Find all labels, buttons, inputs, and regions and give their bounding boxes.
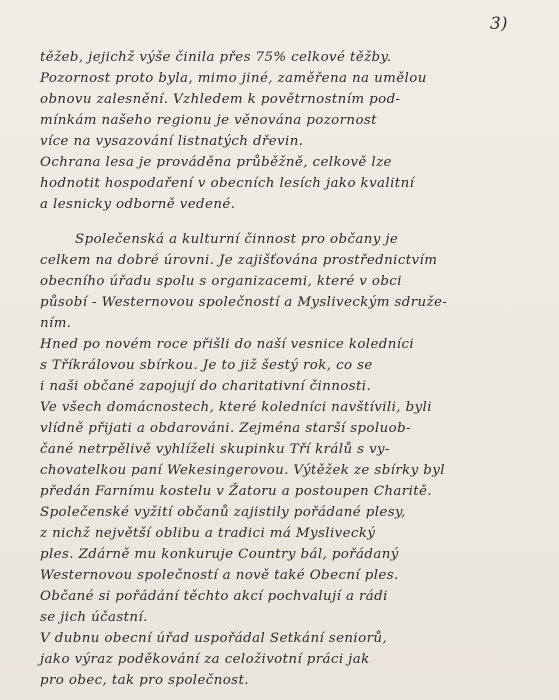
text-line: celkem na dobré úrovni. Je zajišťována p… [40, 253, 437, 268]
text-line: jako výraz poděkování za celoživotní prá… [40, 652, 370, 667]
text-line: předán Farnímu kostelu v Žatoru a postou… [40, 484, 432, 499]
text-line: V dubnu obecní úřad uspořádal Setkání se… [40, 631, 387, 646]
text-line: vlídně přijati a obdarováni. Zejména sta… [40, 421, 411, 436]
page-number: 3) [490, 14, 507, 34]
text-line: Hned po novém roce přišli do naší vesnic… [40, 337, 414, 352]
text-line: obecního úřadu spolu s organizacemi, kte… [40, 274, 402, 289]
text-line: Společenské vyžití občanů zajistily pořá… [40, 505, 406, 520]
text-line: Pozornost proto byla, mimo jiné, zaměřen… [40, 71, 427, 86]
text-line: a lesnicky odborně vedené. [40, 197, 235, 212]
text-line: Ve všech domácnostech, které koledníci n… [40, 400, 432, 415]
text-line: obnovu zalesnění. Vzhledem k povětrnostn… [40, 92, 400, 107]
text-line: Občané si pořádání těchto akcí pochvaluj… [40, 589, 388, 604]
text-line: z nichž největší oblibu a tradici má Mys… [40, 526, 375, 541]
text-line: pro obec, tak pro společnost. [40, 673, 249, 688]
text-line: i naši občané zapojují do charitativní č… [40, 379, 371, 394]
text-line: působí - Westernovou společností a Mysli… [40, 295, 447, 310]
text-line: čané netrpělivě vyhlíželi skupinku Tří k… [40, 442, 390, 457]
text-line: ním. [40, 316, 71, 331]
text-line: chovatelkou paní Wekesingerovou. Výtěžek… [40, 463, 445, 478]
text-line: Ochrana lesa je prováděna průběžně, celk… [40, 155, 392, 170]
text-line: těžeb, jejichž výše činila přes 75% celk… [40, 50, 391, 65]
text-line: mínkám našeho regionu je věnována pozorn… [40, 113, 377, 128]
text-line: ples. Zdárně mu konkuruje Country bál, p… [40, 547, 399, 562]
text-line: hodnotit hospodaření v obecních lesích j… [40, 176, 414, 191]
text-line: Westernovou společností a nově také Obec… [40, 568, 399, 583]
text-line: více na vysazování listnatých dřevin. [40, 134, 303, 149]
text-line: se jich účastní. [40, 610, 148, 625]
text-line: Společenská a kulturní činnost pro občan… [75, 232, 398, 247]
text-line: s Tříkrálovou sbírkou. Je to již šestý r… [40, 358, 373, 373]
